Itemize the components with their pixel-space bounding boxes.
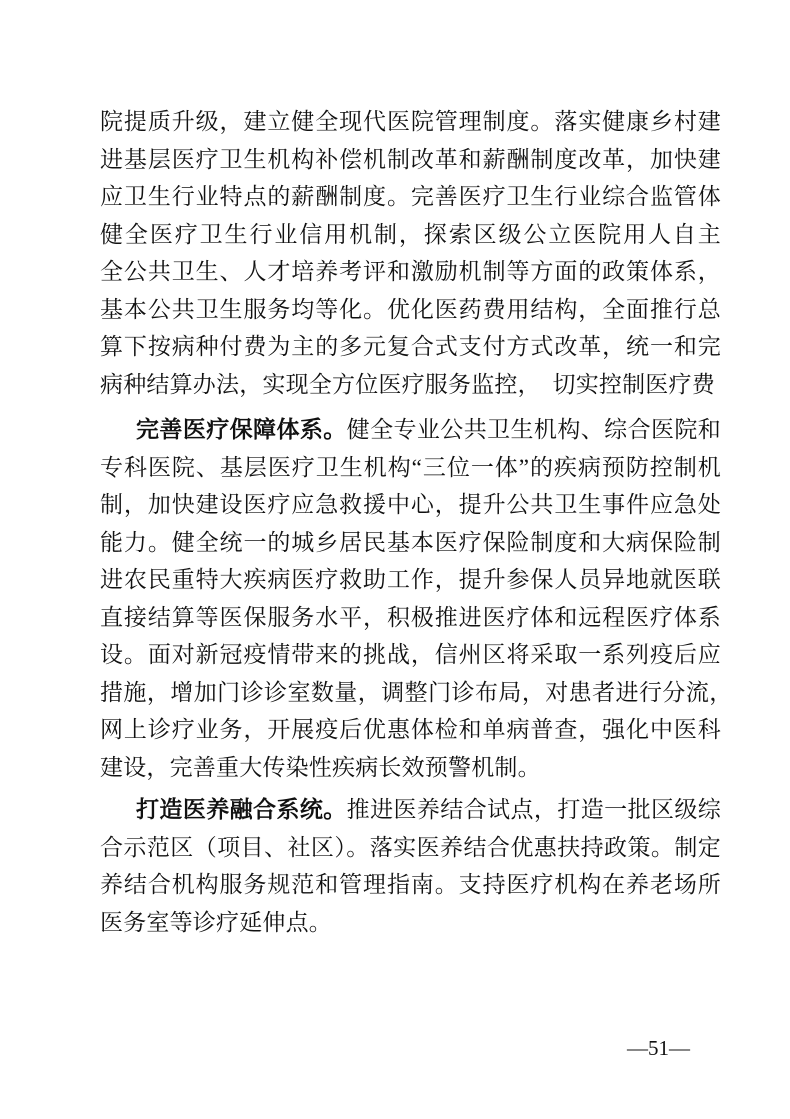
paragraph-lead-bold: 打造医养融合系统。 [136, 796, 347, 822]
text-line: 病种结算办法，实现全方位医疗服务监控， 切实控制医疗费用。 [100, 366, 721, 404]
text-line: 专科医院、基层医疗卫生机构“三位一体”的疾病预防控制机 [100, 449, 721, 487]
text-line: 直接结算等医保服务水平，积极推进医疗体和远程医疗体系建 [100, 599, 721, 637]
text-line: 应卫生行业特点的薪酬制度。完善医疗卫生行业综合监管体系， [100, 178, 721, 216]
text-line: 进农民重特大疾病医疗救助工作，提升参保人员异地就医联网 [100, 561, 721, 599]
text-line: 能力。健全统一的城乡居民基本医疗保险制度和大病保险制度， 推 [100, 524, 721, 562]
text-line: 全公共卫生、人才培养考评和激励机制等方面的政策体系，推进 [100, 253, 721, 291]
text-line: 进基层医疗卫生机构补偿机制改革和薪酬制度改革，加快建立适 [100, 141, 721, 179]
paragraph: 院提质升级，建立健全现代医院管理制度。落实健康乡村建设， 推进基层医疗卫生机构补… [100, 103, 721, 403]
page-number: —51— [627, 1036, 690, 1060]
text-line: 设。面对新冠疫情带来的挑战，信州区将采取一系列疫后应对 [100, 636, 721, 674]
paragraph: 打造医养融合系统。推进医养结合试点，打造一批区级综合示范区（项目、社区）。落实医… [100, 791, 721, 941]
text-line: 打造医养融合系统。推进医养结合试点，打造一批区级综 [100, 791, 721, 829]
text-line: 合示范区（项目、社区）。落实医养结合优惠扶持政策。制定 医 [100, 829, 721, 867]
paragraph: 完善医疗保障体系。健全专业公共卫生机构、综合医院和专科医院、基层医疗卫生机构“三… [100, 411, 721, 786]
text-line: 措施，增加门诊诊室数量，调整门诊布局，对患者进行分流， 开辟 [100, 674, 721, 712]
text-line: 制，加快建设医疗应急救援中心，提升公共卫生事件应急处置 [100, 486, 721, 524]
text-line: 养结合机构服务规范和管理指南。支持医疗机构在养老场所 设立 [100, 866, 721, 904]
text-line: 算下按病种付费为主的多元复合式支付方式改革，统一和完善按 [100, 328, 721, 366]
document-body: 院提质升级，建立健全现代医院管理制度。落实健康乡村建设， 推进基层医疗卫生机构补… [100, 103, 721, 941]
text-line: 建设，完善重大传染性疾病长效预警机制。 [100, 749, 721, 787]
paragraph-lead-bold: 完善医疗保障体系。 [136, 416, 347, 442]
text-line: 医务室等诊疗延伸点。 [100, 904, 721, 942]
document-page: 院提质升级，建立健全现代医院管理制度。落实健康乡村建设， 推进基层医疗卫生机构补… [0, 0, 790, 1119]
text-line: 网上诊疗业务，开展疫后优惠体检和单病普查，强化中医科室 [100, 711, 721, 749]
text-line: 健全医疗卫生行业信用机制，探索区级公立医院用人自主权，健 [100, 216, 721, 254]
text-line: 院提质升级，建立健全现代医院管理制度。落实健康乡村建设， 推 [100, 103, 721, 141]
text-line: 基本公共卫生服务均等化。优化医药费用结构，全面推行总额预 [100, 291, 721, 329]
text-line: 完善医疗保障体系。健全专业公共卫生机构、综合医院和 [100, 411, 721, 449]
